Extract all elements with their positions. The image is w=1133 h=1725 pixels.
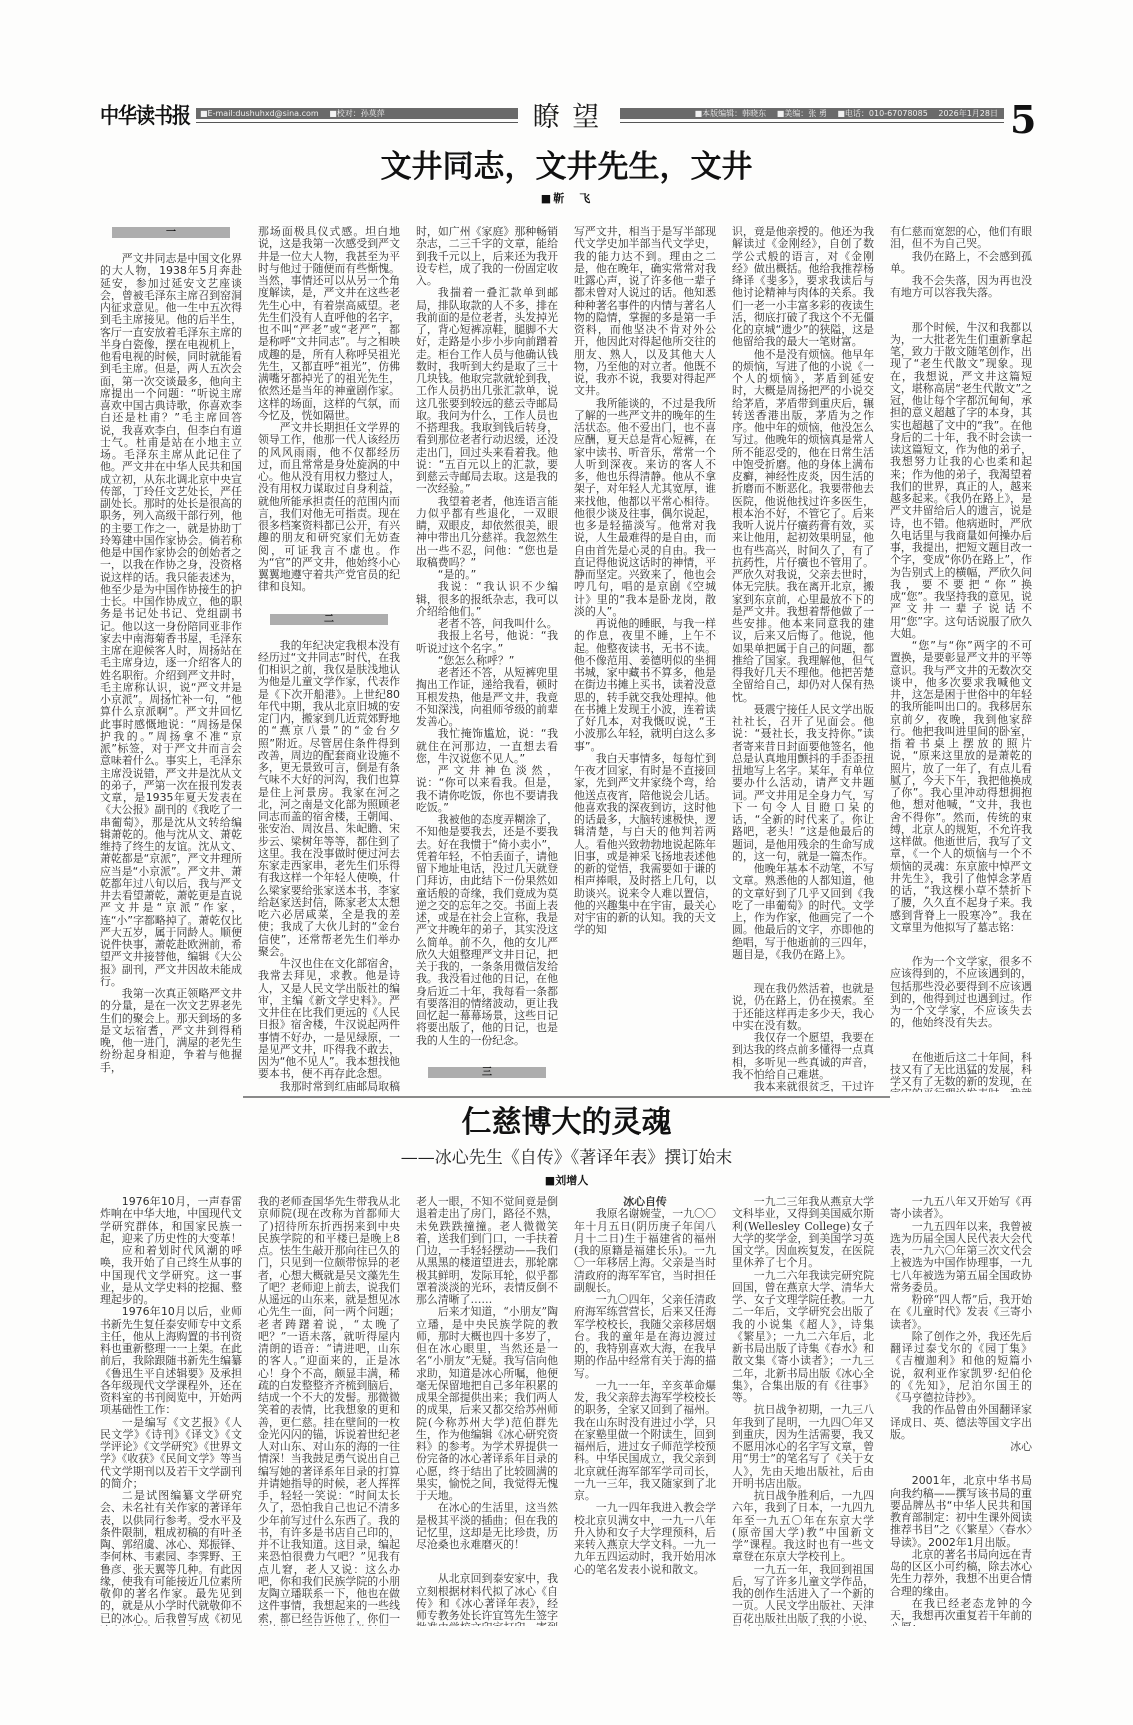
paragraph: 1976年10月，一声春雷炸响在中华大地，中国现代文学研究群体，和国家民族一起，…: [100, 1196, 242, 1245]
paragraph: 严文井长期担任文学界的领导工作，他那一代人该经历的风风雨雨，他不仅都经历过，而且…: [258, 422, 400, 594]
paragraph: 我白天事情多，每每忙到午夜才回家，有时是不直接回家，先到严文井家绕个弯，给他送点…: [574, 753, 716, 937]
paragraph: 我被他的态度弄糊涂了，不知他是要我去，还是不要我去。好在我惯于“倚小卖小”，凭着…: [416, 814, 558, 1047]
paragraph: 那个时候，牛汉和我都以为，一大批老先生们重新拿起笔，致力于散文随笔创作，出现了“…: [890, 322, 1032, 641]
paragraph: 2001年，北京中华书局向我约稿——撰写该书局的重要品牌丛书“中华人民共和国教育…: [890, 1475, 1032, 1549]
paragraph: 我忙掩饰尴尬，说：“我就住在河那边，一直想去看您，牛汉说您不见人。”: [416, 728, 558, 765]
article-author: ■刘增人: [0, 1174, 1133, 1188]
section-marker: 三: [428, 1067, 546, 1078]
paragraph: 我所能谈的，不过是我所了解的一些严文井的晚年的生活状态。他不爱出门，也不喜应酬，…: [574, 398, 716, 619]
issue-date: 2026年1月28日: [938, 109, 998, 118]
article2-column-6: 一九五八年又开始写《再寄小读者》。 一九五四年以来，我曾被选为历届全国人民代表大…: [890, 1196, 1032, 1626]
masthead-info-bar-right: ■本版编辑：韩晓东 ■美编：张 勇 ■电话：010-67078085 2026年…: [620, 108, 1004, 119]
autobiography-paragraph: 一九一一年，辛亥革命爆发，我父亲辞去海军学校校长的职务，全家又回到了福州。我在山…: [574, 1380, 716, 1503]
article1-column-1: 一 严文井同志是中国文化界的大人物，1938年5月奔赴延安，参加过延安文艺座谈会…: [100, 226, 242, 1092]
paragraph: 在我已经老态龙钟的今天，我想再次重复若干年前的心愿：: [890, 1598, 1032, 1626]
poem-quote: 我仅存一个愿望，我要在到达我的终点前多懂得一点真相，多听见一些真诚的声音，我不怕…: [732, 1032, 874, 1081]
article2-column-3: 老人一眼，不知不觉间竟是倒退着走出了房门，路径不熟，未免跌跌撞撞。老人微微笑着，…: [416, 1196, 558, 1626]
paragraph: 二是试图编纂文学研究会、未名社有关作家的著译年表，以供同行参考。受水平及条件限制…: [100, 1490, 242, 1626]
excerpt-quote: 老人一眼，不知不觉间竟是倒退着走出了房门，路径不熟，未免跌跌撞撞。老人微微笑着，…: [416, 1196, 558, 1306]
autobiography-paragraph: 一九一四年我进入教会学校北京贝满女中，一九一八年升入协和女子大学理预科，后来转入…: [574, 1502, 716, 1576]
article-title: 文井同志，文井先生，文井: [0, 148, 1133, 186]
paragraph: 写严文井，相当于是写半部现代文学史加半部当代文学史，我的能力达不到。理由之二是，…: [574, 226, 716, 398]
masthead-rule-left: [196, 122, 518, 123]
article1-column-3: 时，如广州《家庭》那种畅销杂志，二三千字的文章，能给到我千元以上，后来还为我开设…: [416, 226, 558, 1092]
article1-column-5: 识，竟是他亲授的。他还为我解读过《金刚经》，自创了数学公式般的语言，对《金刚经》…: [732, 226, 874, 1092]
paragraph: 牛汉也住在文化部宿舍，我常去拜见，求教。他是诗人，又是人民文学出版社的编审，主编…: [258, 958, 400, 1081]
newspaper-page: 中华读书报 ■E-mail:dushuhxd@sina.com ■校对：孙莫萍 …: [0, 0, 1133, 1725]
poem-quote: 我本来就很贫乏，干过许多错事。但我的心是柔和的，不久前我还看见了归来的燕子。: [732, 1081, 874, 1092]
autobiography-paragraph: 除了创作之外，我还先后翻译过泰戈尔的《园丁集》《吉檀迦利》和他的短篇小说，叙利亚…: [890, 1331, 1032, 1405]
paragraph: 1976年10月以后，业师书新先生复任泰安师专中文系主任，他从上海购置的书刊资料…: [100, 1306, 242, 1416]
paragraph: 严文井同志是中国文化界的大人物，1938年5月奔赴延安，参加过延安文艺座谈会，曾…: [100, 253, 242, 988]
paragraph: 一是编写《文艺报》《人民文学》《诗刊》《译文》《文学评论》《文学研究》《世界文学…: [100, 1417, 242, 1491]
poem-quote: 现在我仍然活着，也就是说，仍在路上，仍在摸索。至于还能这样再走多少天，我心中实在…: [732, 983, 874, 1032]
article-author: ■靳 飞: [0, 192, 1133, 206]
section-name: 瞭 望: [522, 102, 612, 134]
masthead-rule-right: [620, 122, 1004, 123]
paragraph: 老者还不答，从短裤兜里掏出工作证，递给我看，顿时耳根发热，他是严文井，我竟不知深…: [416, 667, 558, 728]
paragraph: 他晚年基本不动笔，不写文章。熟悉他的人都知道，他的文章好到了几乎又回到《我吃了一…: [732, 863, 874, 961]
article-subtitle: ——冰心先生《自传》《著译年表》撰订始末: [0, 1147, 1133, 1169]
designer-text: ■美编：张 勇: [777, 109, 827, 118]
paragraph: 我第一次真正领略严文井的分量，是在一次文艺界老先生们的聚会上。那天到场的多是文坛…: [100, 988, 242, 1074]
article1-column-4: 写严文井，相当于是写半部现代文学史加半部当代文学史，我的能力达不到。理由之二是，…: [574, 226, 716, 1092]
article2-column-4: 冰心自传 我原名谢婉莹，一九〇〇年十月五日(阴历庚子年闰八月十二日)生于福建省的…: [574, 1196, 716, 1626]
article-divider: [243, 1096, 890, 1098]
page-number: 5: [1010, 100, 1036, 140]
article2-column-1: 1976年10月，一声春雷炸响在中华大地，中国现代文学研究群体，和国家民族一起，…: [100, 1196, 242, 1626]
section-marker: 二: [270, 614, 388, 625]
autobiography-paragraph: 一九二六年我读完研究院回国，曾在燕京大学、清华大学、女子文理学院任教。一九二一年…: [732, 1270, 874, 1405]
article2-column-2: 我的老师查国华先生带我从北京师院(现在改称为首都师大了)招待所东折西拐来到中央民…: [258, 1196, 400, 1626]
paragraph: 应和着划时代风潮的呼唤，我开始了自己终生从事的中国现代文学研究。这一事业，是从文…: [100, 1245, 242, 1306]
excerpt-quote: 我的老师查国华先生带我从北京师院(现在改称为首都师大了)招待所东折西拐来到中央民…: [258, 1196, 400, 1626]
poem-quote: 我不会失落，因为再也没有地方可以容我失落。: [890, 275, 1032, 300]
article1-column-2: 那场面极具仪式感。坦白地说，这是我第一次感受到严文井是一位大人物，我甚至为平时与…: [258, 226, 400, 1092]
phone-text: ■电话：010-67078085: [837, 109, 927, 118]
section-marker: 一: [112, 227, 230, 238]
autobiography-paragraph: 我原名谢婉莹，一九〇〇年十月五日(阴历庚子年闰八月十二日)生于福建省的福州(我的…: [574, 1208, 716, 1294]
article-title: 仁慈博大的灵魂: [0, 1104, 1133, 1142]
editor-text: ■本版编辑：韩晓东: [695, 109, 767, 118]
paragraph: 我报上名号，他说：“我听说过这个名字。”: [416, 630, 558, 655]
paragraph: “您”与“你”两字的不可置换，是要彰显严文井的平等意识。我与严文井的无数次交谈中…: [890, 640, 1032, 934]
autobiography-paragraph: 抗日战争初期，一九三八年我到了昆明，一九四〇年又到重庆，因为生活需要，我又不愿用…: [732, 1404, 874, 1490]
paragraph: 聂震宁接任人民文学出版社社长，召开了见面会。他说：“聂社长，我支持你。”读者寄来…: [732, 704, 874, 863]
excerpt-quote: 在冰心的生活里，这当然是极其平淡的插曲；但在我的记忆里，这却是无比珍贵，历尽沧桑…: [416, 1502, 558, 1551]
autobiography-paragraph: 粉碎“四人帮”后，我开始在《儿童时代》发表《三寄小读者》。: [890, 1294, 1032, 1331]
autobiography-paragraph: 一九五八年又开始写《再寄小读者》。: [890, 1196, 1032, 1221]
paragraph: 我望着老者，他连语言能力似乎都有些退化，一双眼睛，双眼皮，却依然很美，眼神中带出…: [416, 496, 558, 570]
proofreader-text: ■校对：孙莫萍: [329, 109, 385, 118]
paragraph: 时，如广州《家庭》那种畅销杂志，二三千字的文章，能给到我千元以上，后来还为我开设…: [416, 226, 558, 287]
autobiography-paragraph: 一九五一年，我回到祖国后，写了许多儿童文学作品，我的创作生活进入了一个新的一页。…: [732, 1564, 874, 1627]
autobiography-paragraph: 一九〇四年，父亲任清政府海军练营营长，后来又任海军学校校长，我随父亲移居烟台。我…: [574, 1294, 716, 1380]
paragraph: 我说：“我认识不少编辑，很多的报纸杂志，我可以介绍给他们。”: [416, 581, 558, 618]
autobiography-paragraph: 我的作品曾由外国翻译家译成日、英、德法等国文字出版。: [890, 1404, 1032, 1441]
poem-quote: 有仁慈而宽恕的心，他们有眼泪，但不为自己哭。: [890, 226, 1032, 251]
paragraph: 严文井神色淡然，说：“你可以来看我。但是，我不请你吃饭，你也不要请我吃饭。”: [416, 765, 558, 814]
paragraph: 从北京回到泰安家中，我立刻根据材料代拟了冰心《自传》和《冰心著译年表》，经师专教…: [416, 1573, 558, 1626]
autobiography-paragraph: 抗日战争胜利后，一九四六年，我到了日本，一九四九年至一九五〇年在东京大学(原帝国…: [732, 1490, 874, 1564]
paragraph: 识，竟是他亲授的。他还为我解读过《金刚经》，自创了数学公式般的语言，对《金刚经》…: [732, 226, 874, 349]
masthead-info-bar-left: ■E-mail:dushuhxd@sina.com ■校对：孙莫萍: [196, 108, 518, 119]
paragraph: 再说他的睡眠，与我一样的作息，夜里不睡，上午不起。他整夜读书，无书不读。他不像范…: [574, 618, 716, 753]
paragraph: 我的年纪决定我根本没有经历过“文井同志”时代，在我们相识之前，我仅是肤浅地认为他…: [258, 640, 400, 959]
poem-quote: 我仍在路上，不会感到孤单。: [890, 251, 1032, 276]
paragraph: 我揣着一叠汇款单到邮局，排队取款的人不多，排在我前面的是位老者，头发掉光了，背心…: [416, 287, 558, 495]
paragraph: 他不是没有烦恼。他早年的烦恼，写进了他的小说《一个人的烦恼》，茅盾到延安时，大概…: [732, 349, 874, 704]
newspaper-logo: 中华读书报: [100, 100, 196, 132]
paragraph: 北京的著名书局向远在青岛的区区小可约稿，除去冰心先生力荐外，我想不出更合情合理的…: [890, 1549, 1032, 1598]
article1-column-6: 有仁慈而宽恕的心，他们有眼泪，但不为自己哭。 我仍在路上，不会感到孤单。 我不会…: [890, 226, 1032, 1092]
autobiography-paragraph: 一九五四年以来，我曾被选为历届全国人民代表大会代表，一九六〇年第三次文代会上被选…: [890, 1221, 1032, 1295]
paragraph: 那场面极具仪式感。坦白地说，这是我第一次感受到严文井是一位大人物，我甚至为平时与…: [258, 226, 400, 422]
signature: 冰心: [890, 1441, 1032, 1453]
article2-column-5: 一九二三年我从燕京大学文科毕业，又得到美国威尔斯利(Wellesley Coll…: [732, 1196, 874, 1626]
email-text: ■E-mail:dushuhxd@sina.com: [200, 109, 319, 118]
excerpt-quote: 后来才知道，“小朋友”陶立璠，是中央民族学院的教师，那时大概也四十多岁了，但在冰…: [416, 1306, 558, 1502]
epitaph-quote: 作为一个文学家，很多不应该得到的，不应该遇到的，包括那些没必要得到不应该遇到的，…: [890, 956, 1032, 1030]
autobiography-paragraph: 一九二三年我从燕京大学文科毕业，又得到美国威尔斯利(Wellesley Coll…: [732, 1196, 874, 1270]
paragraph: 在他逝后这二十年间，科技又有了无比迅猛的发展，科学又有了无数的新的发现，在宇宙的…: [890, 1052, 1032, 1093]
paragraph: 我那时常到红庙邮局取稿费。说句自我欣赏的话，自从开始写稿挣钱，几乎每日都要写，而…: [258, 1081, 400, 1093]
